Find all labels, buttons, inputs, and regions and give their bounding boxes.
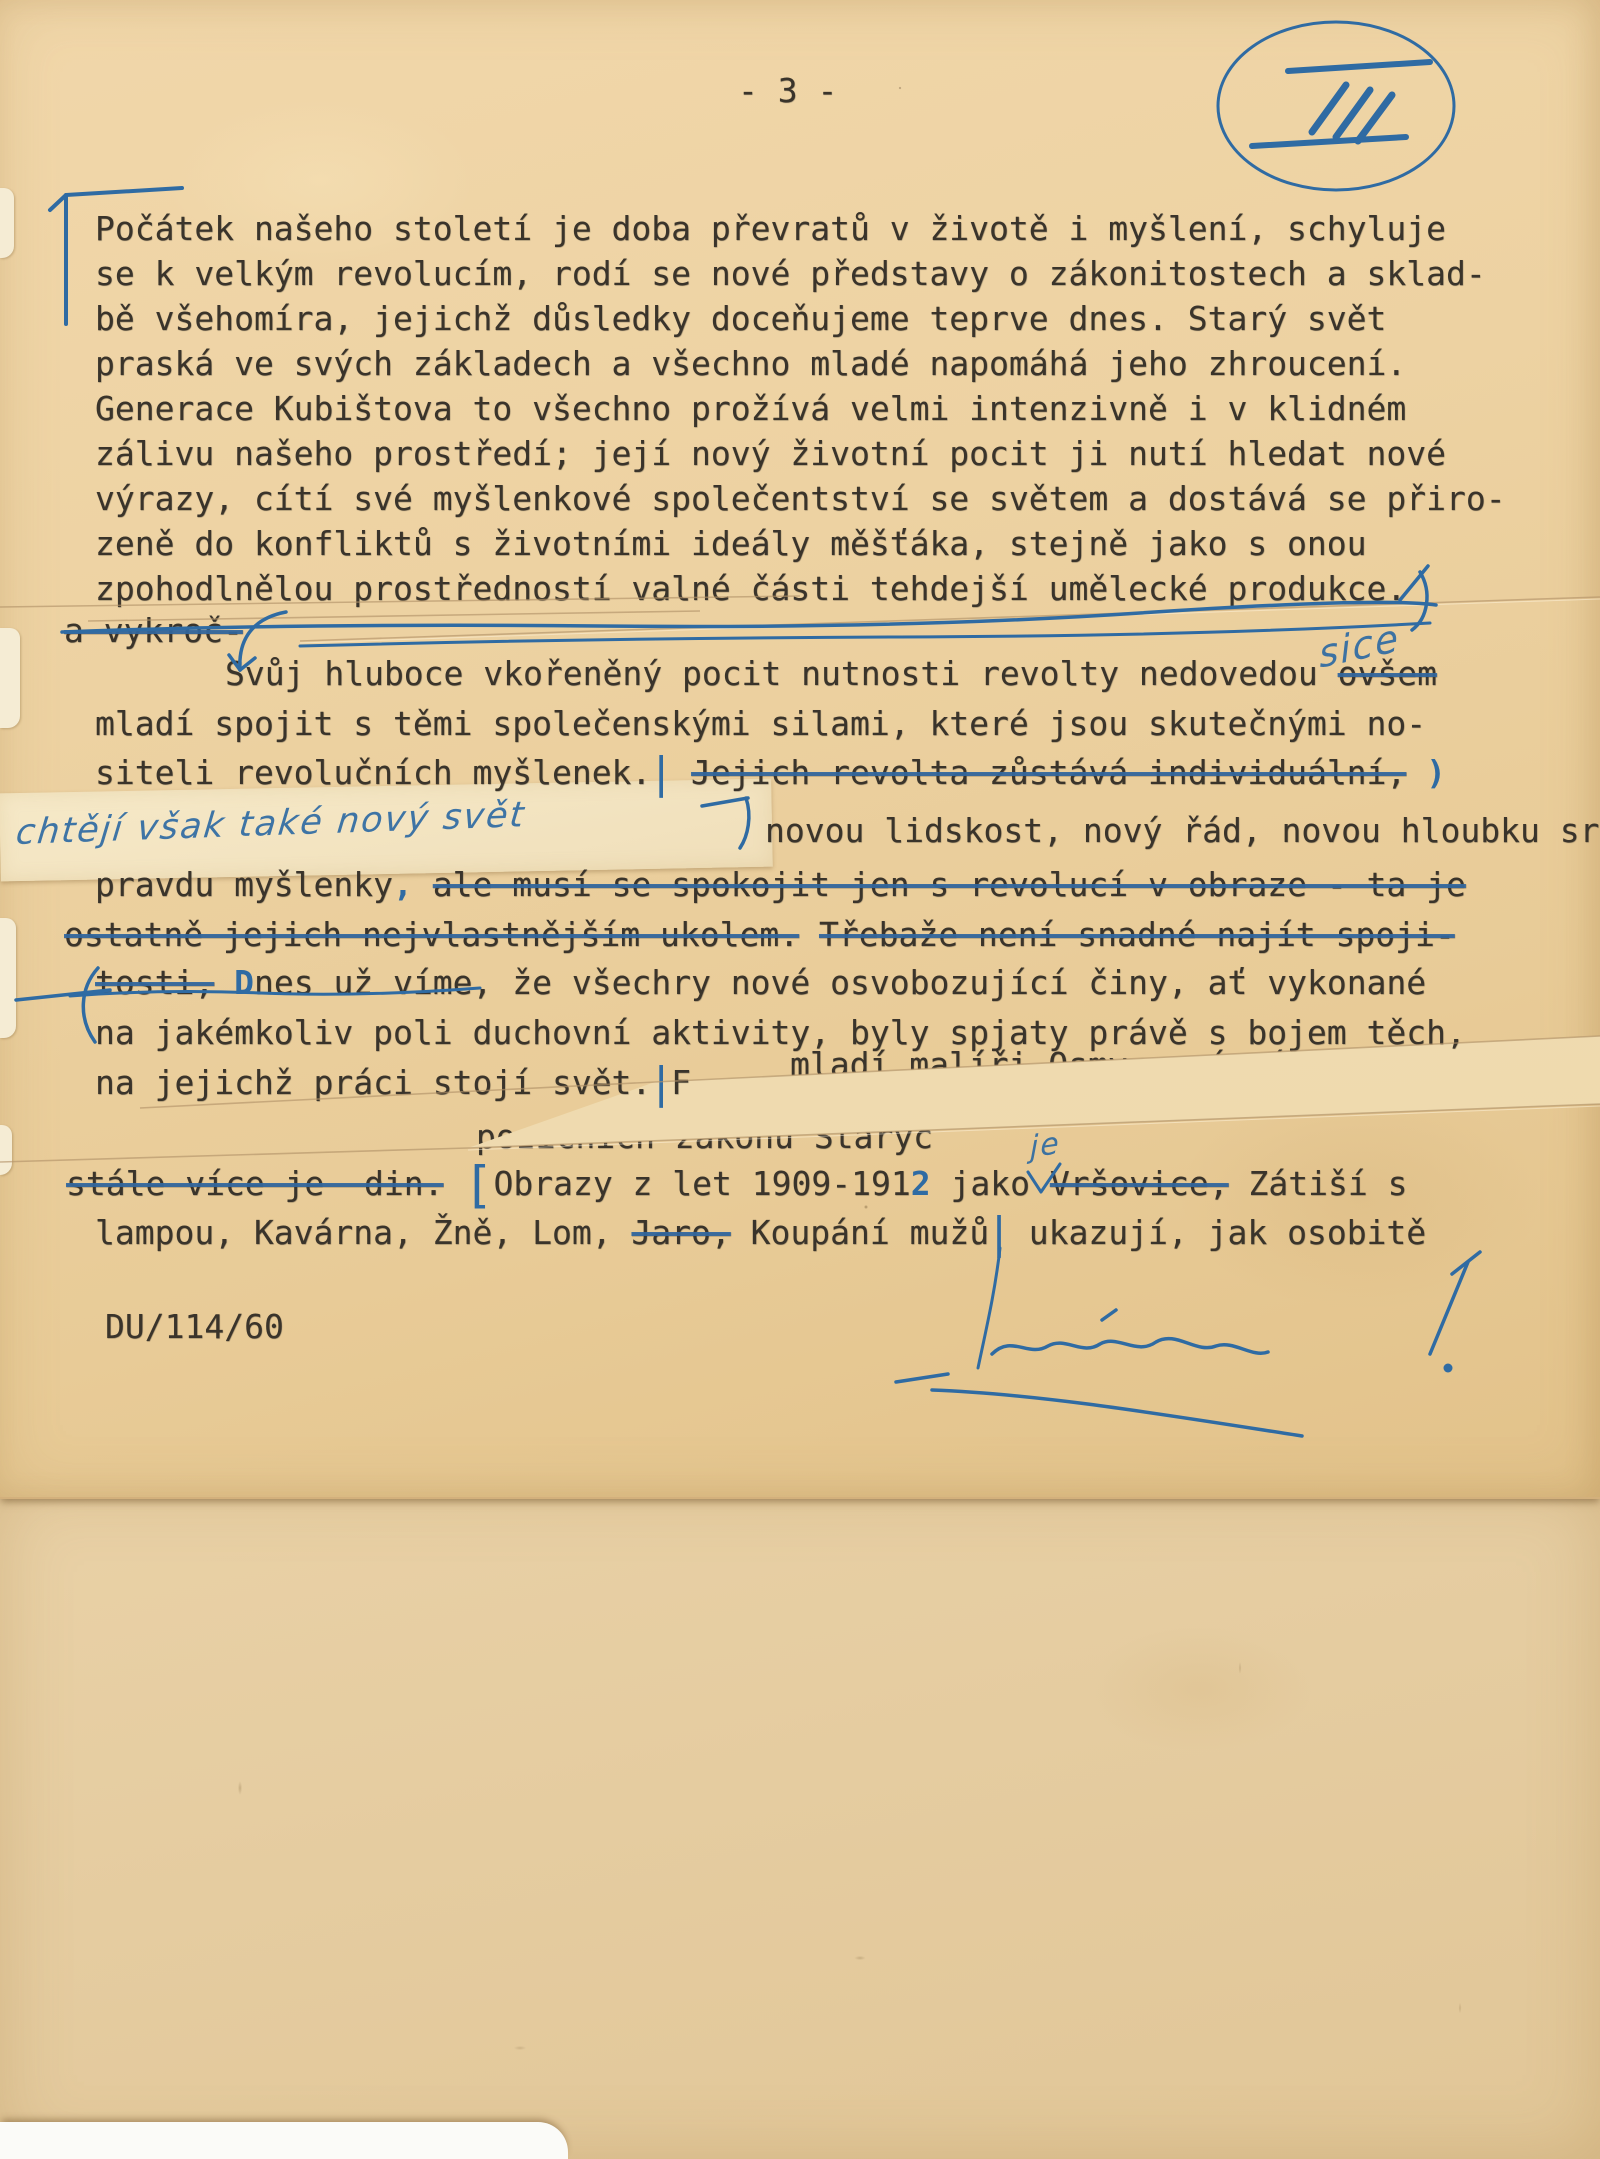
- circled-roman-numeral-icon: [1218, 22, 1454, 190]
- wavy-underline: [70, 988, 480, 996]
- slash-mark-icon: [1430, 1252, 1480, 1373]
- paragraph-insertion-arrow-icon: [229, 612, 286, 670]
- wavy-strike-lines: [62, 602, 1436, 646]
- approval-tick-icon: [1400, 566, 1428, 630]
- margin-curve-icon: [16, 968, 110, 1042]
- margin-corner-bracket-icon: [50, 188, 182, 324]
- insertion-hook-icon: [702, 798, 749, 848]
- paper-creases: [0, 596, 1600, 1162]
- crossed-out-signature: [896, 1310, 1302, 1436]
- je-check-icon: [1028, 1164, 1060, 1192]
- ink-annotations-layer: [0, 0, 1600, 2159]
- scanned-manuscript-page: - 3 -Počátek našeho století je doba přev…: [0, 0, 1600, 2159]
- handwritten-je: je: [1030, 1126, 1060, 1166]
